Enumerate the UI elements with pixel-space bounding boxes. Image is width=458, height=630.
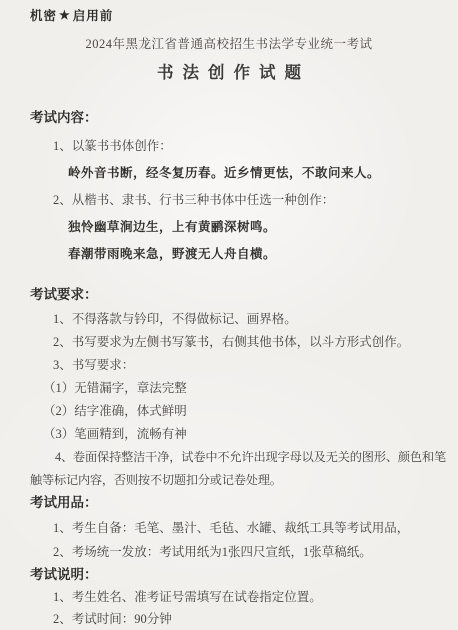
section-heading-exam-content: 考试内容： <box>30 109 448 127</box>
confidential-label: 机密 <box>30 9 57 23</box>
requirement-paragraph: 4、卷面保持整洁干净，试卷中不允许出现字母以及无关的图形、颜色和笔触等标记内容，… <box>30 446 446 492</box>
content-item: 2、从楷书、隶书、行书三种书体中任选一种创作： <box>30 187 448 214</box>
poem-line: 独怜幽草涧边生，上有黄鹂深树鸣。 <box>30 214 448 241</box>
supplies-item: 1、考生自备：毛笔、墨汁、毛毡、水罐、裁纸工具等考试用品， <box>30 516 448 540</box>
exam-paper-page: 机密★启用前 2024年黑龙江省普通高校招生书法学专业统一考试 书法创作试题 考… <box>0 0 458 630</box>
before-use-label: 启用前 <box>73 9 114 23</box>
requirement-item: 2、书写要求为左侧书写篆书，右侧其他书体，以斗方形式创作。 <box>30 331 448 354</box>
section-heading-exam-supplies: 考试用品： <box>30 494 448 512</box>
exam-content-lines: 1、以篆书书体创作： 岭外音书断，经冬复历春。近乡情更怯，不敢问来人。 2、从楷… <box>30 133 448 268</box>
star-icon: ★ <box>57 8 73 22</box>
requirement-subitem: （3）笔画精到，流畅有神 <box>30 423 448 446</box>
content-item: 1、以篆书书体创作： <box>30 133 448 160</box>
page-subtitle: 书法创作试题 <box>30 63 428 83</box>
exam-requirements-lines: 1、不得落款与钤印，不得做标记、画界格。 2、书写要求为左侧书写篆书，右侧其他书… <box>30 308 448 446</box>
supplies-item: 2、考场统一发放：考试用纸为1张四尺宣纸，1张草稿纸。 <box>30 540 448 564</box>
section-heading-exam-notes: 考试说明： <box>30 566 448 584</box>
notes-item: 1、考生姓名、准考证号需填写在试卷指定位置。 <box>30 586 448 608</box>
requirement-subitem: （2）结字准确，体式鲜明 <box>30 400 448 423</box>
page-title: 2024年黑龙江省普通高校招生书法学专业统一考试 <box>30 37 428 52</box>
requirement-item: 1、不得落款与钤印，不得做标记、画界格。 <box>30 308 448 331</box>
poem-line: 春潮带雨晚来急，野渡无人舟自横。 <box>30 241 448 268</box>
section-heading-exam-requirements: 考试要求： <box>30 286 448 304</box>
poem-line: 岭外音书断，经冬复历春。近乡情更怯，不敢问来人。 <box>30 160 448 187</box>
requirement-item: 3、书写要求： <box>30 354 448 377</box>
exam-notes-lines: 1、考生姓名、准考证号需填写在试卷指定位置。 2、考试时间：90分钟 <box>30 586 448 630</box>
exam-supplies-lines: 1、考生自备：毛笔、墨汁、毛毡、水罐、裁纸工具等考试用品， 2、考场统一发放：考… <box>30 516 448 564</box>
security-marking: 机密★启用前 <box>30 8 448 24</box>
notes-item: 2、考试时间：90分钟 <box>30 608 448 630</box>
requirement-subitem: （1）无错漏字，章法完整 <box>30 377 448 400</box>
